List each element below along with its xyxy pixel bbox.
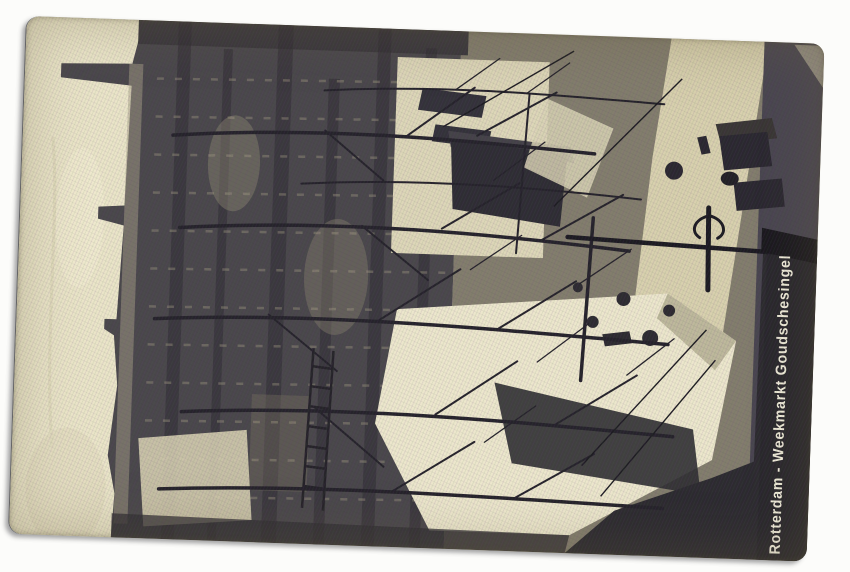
postcard-photo: Rotterdam - Weekmarkt Goudschesingel [9,16,825,562]
scanner-background: Rotterdam - Weekmarkt Goudschesingel [0,0,850,572]
left-awning [135,426,254,530]
postcard: Rotterdam - Weekmarkt Goudschesingel [9,16,825,562]
